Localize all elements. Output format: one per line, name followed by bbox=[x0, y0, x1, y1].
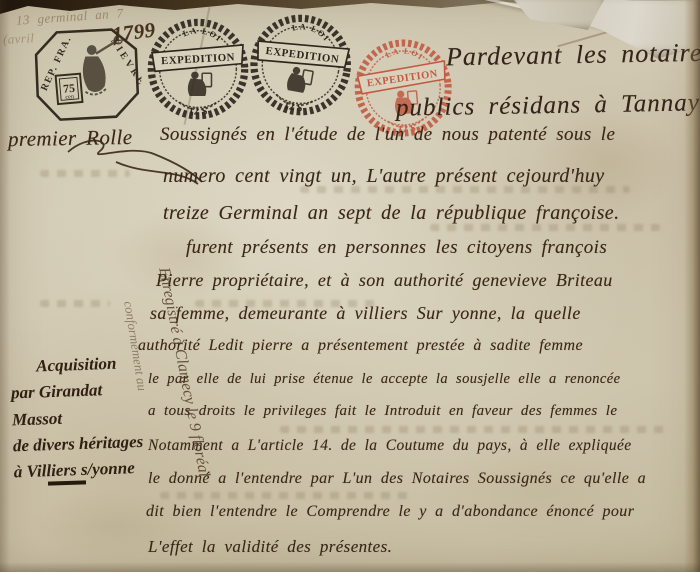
fiscal-stamp-unit: cen bbox=[65, 93, 75, 101]
body-line: numero cent vingt un, L'autre présent ce… bbox=[163, 165, 605, 188]
body-line: a tous droits le privileges fait le Intr… bbox=[148, 403, 617, 420]
body-line: sa femme, demeurante à villiers Sur yonn… bbox=[150, 303, 581, 324]
page-edge-left bbox=[0, 0, 10, 572]
body-line: furent présents en personnes les citoyen… bbox=[186, 237, 607, 259]
seated-figure-icon bbox=[286, 66, 314, 94]
fiscal-stamp-nievre-icon: REP. FRA. NIEVRE 75 cen bbox=[29, 22, 145, 127]
manuscript-photo: 13 germinal an 7 (avril 1799 REP. FRA. N… bbox=[0, 0, 700, 572]
seated-figure-icon bbox=[188, 72, 212, 96]
body-line: le par elle de lui prise étenue le accep… bbox=[148, 371, 620, 388]
body-line: Notamment a L'article 14. de la Coutume … bbox=[148, 437, 632, 455]
stamp-value-text: 12 S bbox=[189, 107, 208, 118]
body-line: Pierre propriétaire, et à son authorité … bbox=[156, 270, 613, 291]
ink-bleedthrough bbox=[280, 426, 670, 433]
body-line: Soussignés en l'étude de l'un de nous pa… bbox=[160, 124, 615, 146]
page-edge-right bbox=[684, 0, 700, 572]
body-line: dit bien l'entendre le Comprendre le y a… bbox=[146, 503, 634, 521]
stamp-laloi-text: LA LOI bbox=[182, 26, 224, 44]
ink-bleedthrough bbox=[430, 224, 660, 231]
ink-bleedthrough bbox=[160, 492, 410, 499]
ink-bleedthrough bbox=[40, 300, 110, 307]
margin-note-line: par Girandat Massot bbox=[11, 376, 151, 433]
body-line: treize Germinal an sept de la république… bbox=[163, 202, 620, 225]
header-line-2: publics résidans à Tannay bbox=[396, 89, 700, 122]
stamp-laloi-text: LA LOI bbox=[384, 44, 426, 65]
header-line-1: Pardevant les notaires bbox=[446, 38, 700, 73]
expedition-stamp-black-1-icon: LA LOI EXPEDITION 12 S bbox=[146, 11, 250, 123]
expedition-stamp-black-2-icon: LA LOI EXPEDITION 12 S bbox=[240, 0, 362, 127]
stamp-banner: EXPEDITION bbox=[152, 45, 244, 72]
body-line: L'effet la validité des présentes. bbox=[148, 537, 392, 557]
body-line: authorité Ledit pierre a présentement pr… bbox=[138, 337, 583, 355]
page-edge-bottom bbox=[0, 562, 700, 572]
stamp-banner: EXPEDITION bbox=[256, 38, 349, 71]
svg-text:LA LOI: LA LOI bbox=[384, 44, 426, 65]
stamp-banner: EXPEDITION bbox=[357, 61, 447, 94]
body-line: le donné a l'entendre par L'un des Notai… bbox=[148, 470, 646, 488]
svg-text:LA LOI: LA LOI bbox=[182, 26, 224, 44]
